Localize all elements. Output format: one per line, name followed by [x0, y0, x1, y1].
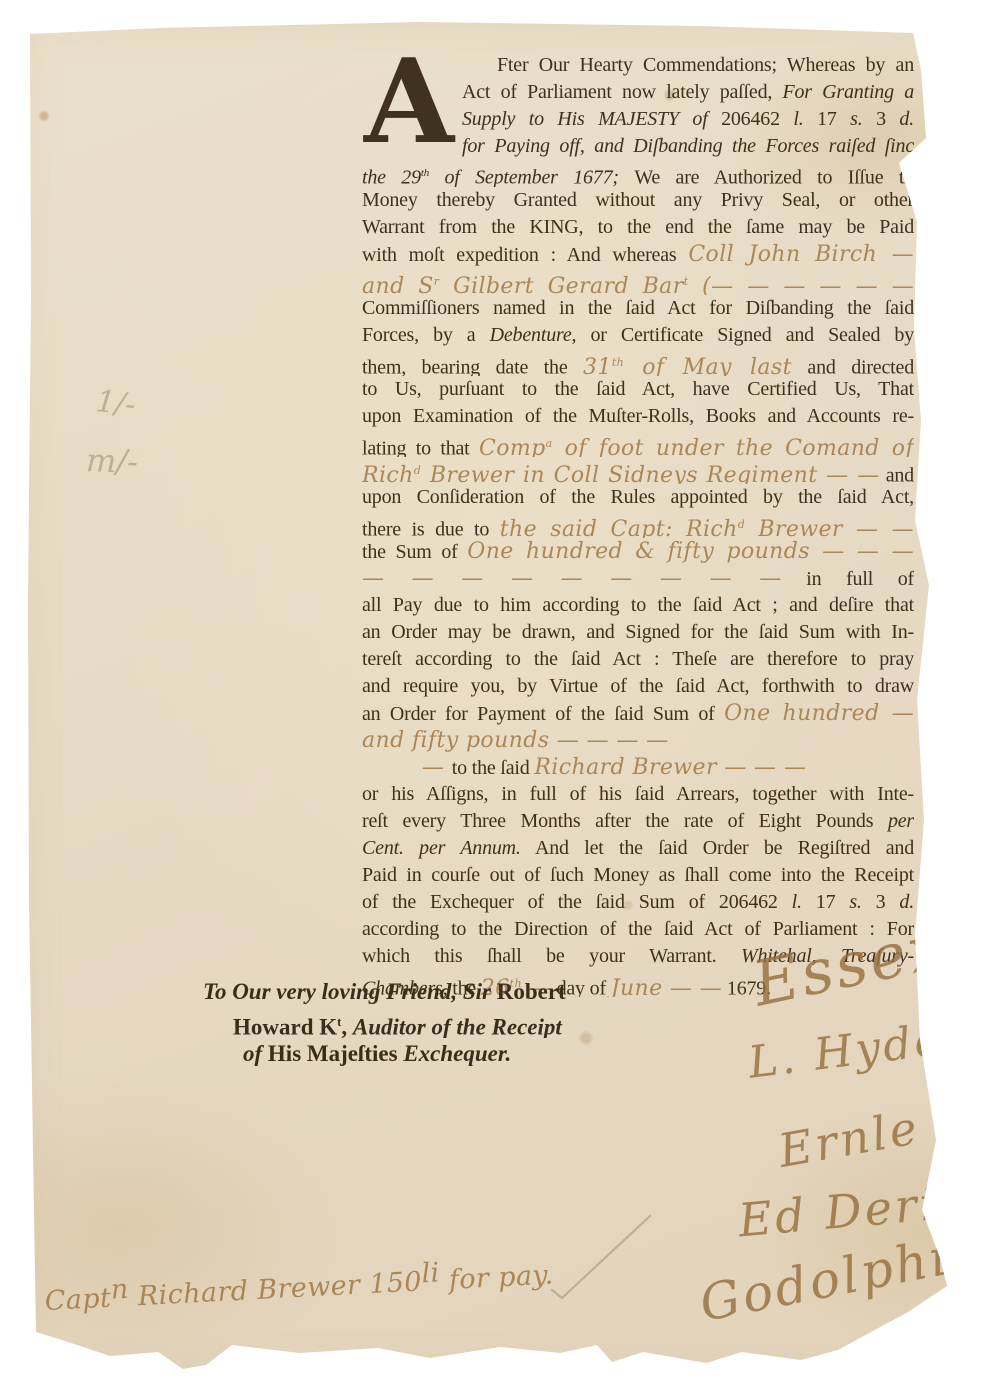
printed-text: with moſt expedition : And whereas — [362, 244, 688, 266]
handwritten-text: Richard Brewer — — — — [534, 755, 806, 780]
text-line: tereſt according to the ſaid Act : Theſe… — [362, 646, 914, 673]
handwritten-text: Rich — [362, 463, 414, 484]
printed-text: to Us, purſuant to the ſaid Act, have Ce… — [362, 378, 914, 400]
printed-text: 3 — [862, 891, 900, 913]
printed-text: in full of — [782, 568, 914, 590]
text-line: them, bearing date the 31th of May last … — [362, 349, 914, 376]
printed-text: the 29 — [362, 167, 421, 187]
printed-text: them, bearing date the — [362, 357, 583, 376]
handwritten-text: Brewer — — — [745, 517, 914, 538]
printed-text: 17 — [817, 108, 850, 130]
printed-text: s. — [850, 108, 876, 130]
pencil-margin-note-1: 1/- — [94, 384, 137, 423]
text-line: an Order may be drawn, and Signed for th… — [362, 619, 914, 646]
printed-text: Cent. per Annum. — [362, 837, 521, 859]
printed-text: and — [880, 465, 914, 484]
text-line: — — — — — — — — — in full of — [362, 565, 914, 592]
text-line: of His Majeſties Exchequer. — [203, 1038, 683, 1069]
printed-text: 17 — [802, 891, 849, 913]
text-line: Cent. per Annum. And let the ſaid Order … — [362, 835, 914, 862]
printed-text: th — [421, 167, 429, 179]
printed-text: To Our very loving Friend, Sir — [203, 979, 497, 1004]
printed-text: the Sum of — [362, 541, 467, 563]
text-line: there is due to the said Capt: Richd Bre… — [362, 511, 914, 538]
text-line: Fter Our Hearty Commendations; Whereas b… — [362, 52, 914, 79]
printed-text: Debenture — [490, 324, 572, 346]
handwritten-text: Richard Brewer 150 — [128, 1266, 423, 1312]
printed-text: of the Exchequer of the ſaid Sum of 2064… — [362, 891, 792, 913]
printed-text: 3 — [876, 108, 899, 130]
printed-text: Supply to His MAJESTY of — [462, 108, 721, 130]
printed-text: Fter Our Hearty Commendations; Whereas b… — [497, 54, 914, 76]
printed-text: Paid in courſe out of ſuch Money as ſhal… — [362, 864, 914, 886]
printed-text: l. — [793, 108, 817, 130]
printed-text: lating to that — [362, 438, 479, 457]
printed-text: upon Examination of the Muſter-Rolls, Bo… — [362, 405, 914, 427]
text-line: all Pay due to him according to the ſaid… — [362, 592, 914, 619]
text-line: Howard Kt, Auditor of the Receipt — [203, 1007, 683, 1038]
handwritten-text: of May last — [624, 355, 792, 376]
handwritten-text: — — — — — — — — — — [362, 566, 782, 591]
printed-text: Commiſſioners named in the ſaid Act for … — [362, 297, 914, 319]
printed-text: , or Certificate Signed and Sealed by — [572, 324, 914, 346]
text-line: and require you, by Virtue of the ſaid A… — [362, 673, 914, 700]
text-line: Richd Brewer in Coll Sidneys Regiment — … — [362, 457, 914, 484]
text-line: To Our very loving Friend, Sir Robert — [203, 976, 683, 1007]
printed-text: reſt every Three Months after the rate o… — [362, 810, 888, 832]
scan-background: A Fter Our Hearty Commendations; Whereas… — [0, 0, 1000, 1395]
printed-text: l. — [792, 891, 802, 913]
handwritten-text: — — [422, 755, 452, 780]
text-line: and Sr Gilbert Gerard Bart (— — — — — — — [362, 268, 914, 295]
printed-text: and directed — [792, 357, 914, 376]
text-line: Captn Richard Brewer 150li for pay. — [43, 1244, 585, 1316]
handwritten-text: a — [546, 437, 553, 450]
text-line: upon Examination of the Muſter-Rolls, Bo… — [362, 403, 914, 430]
handwritten-text: Brewer in Coll Sidneys Regiment — — — [421, 463, 879, 484]
text-line: Forces, by a Debenture, or Certificate S… — [362, 322, 914, 349]
printed-text: Act of Parliament now lately paſſed, — [462, 81, 782, 103]
handwritten-text: Comp — [479, 436, 546, 457]
text-line: with moſt expedition : And whereas Coll … — [362, 241, 914, 268]
printed-text: an Order may be drawn, and Signed for th… — [362, 621, 914, 643]
printed-text: an Order for Payment of the ſaid Sum of — [362, 703, 724, 725]
printed-text: His Majeſties — [268, 1041, 403, 1066]
printed-text: per — [888, 810, 914, 832]
text-line: and fifty pounds — — — — — [362, 727, 914, 754]
printed-text: , — [341, 1015, 353, 1038]
pencil-check-mark — [548, 1210, 658, 1310]
handwritten-text: th — [612, 356, 624, 369]
printed-text: tereſt according to the ſaid Act : Theſe… — [362, 648, 914, 670]
printed-text: Howard K — [233, 1015, 337, 1038]
printed-text: upon Conſideration of the Rules appointe… — [362, 486, 914, 508]
handwritten-text: Coll John Birch — — [688, 242, 914, 267]
printed-text: there is due to — [362, 519, 500, 538]
text-line: for Paying off, and Diſbanding the Force… — [362, 133, 914, 160]
handwritten-text: for pay. — [439, 1259, 554, 1296]
handwritten-text: and S — [362, 274, 434, 295]
printed-text: And let the ſaid Order be Regiſtred and — [521, 837, 914, 859]
printed-text: We are Authorized to Iſſue th — [634, 167, 914, 187]
printed-text: Warrant from the KING, to the end the ſa… — [362, 216, 914, 238]
printed-text: Money thereby Granted without any Privy … — [362, 189, 914, 211]
printed-text: 206462 — [721, 108, 793, 130]
text-line: the Sum of One hundred & fifty pounds — … — [362, 538, 914, 565]
handwritten-text: One hundred & fifty pounds — — — — [467, 539, 914, 564]
printed-text: all Pay due to him according to the ſaid… — [362, 594, 914, 616]
handwritten-text: Capt — [44, 1282, 112, 1316]
printed-text: to the ſaid — [452, 757, 535, 779]
printed-text: For Granting a — [782, 81, 914, 103]
text-line: Commiſſioners named in the ſaid Act for … — [362, 295, 914, 322]
handwritten-text: and fifty pounds — — — — — [362, 728, 669, 753]
printed-text: Exchequer. — [403, 1041, 511, 1066]
text-line: of the Exchequer of the ſaid Sum of 2064… — [362, 889, 914, 916]
text-line: reſt every Three Months after the rate o… — [362, 808, 914, 835]
printed-text: for Paying off, and Diſbanding the Force… — [462, 135, 914, 157]
printed-text: and require you, by Virtue of the ſaid A… — [362, 675, 914, 697]
handwritten-text: (— — — — — — — [688, 274, 914, 295]
handwritten-text: the said Capt: Rich — [500, 517, 738, 538]
signature-ernle: Ernle — [774, 1100, 923, 1178]
printed-text: of — [243, 1041, 268, 1066]
docket-note: Captn Richard Brewer 150li for pay. — [43, 1244, 585, 1316]
text-line: or his Aſſigns, in full of his ſaid Arre… — [362, 781, 914, 808]
printed-text: which this ſhall be your Warrant. — [362, 945, 741, 967]
text-line: the 29th of September 1677; We are Autho… — [362, 160, 914, 187]
text-line: upon Conſideration of the Rules appointe… — [362, 484, 914, 511]
signature-l-hyde: L. Hyde — [746, 1014, 946, 1088]
printed-text: s. — [849, 891, 861, 913]
text-line: Warrant from the KING, to the end the ſa… — [362, 214, 914, 241]
printed-text: d. — [899, 108, 914, 130]
document-paper: A Fter Our Hearty Commendations; Whereas… — [0, 0, 1000, 1395]
text-line: Paid in courſe out of ſuch Money as ſhal… — [362, 862, 914, 889]
pencil-margin-note-2: m/- — [85, 441, 138, 481]
signature-ed-dering: Ed Dering — [736, 1171, 1000, 1248]
printed-text: d. — [899, 891, 914, 913]
handwritten-text: 31 — [583, 355, 612, 376]
handwritten-text: n — [110, 1274, 129, 1306]
address-block: To Our very loving Friend, Sir RobertHow… — [203, 976, 683, 1069]
printed-text: Robert — [497, 979, 566, 1004]
text-line: — to the ſaid Richard Brewer — — — — [362, 754, 914, 781]
text-line: lating to that Compa of foot under the C… — [362, 430, 914, 457]
text-line: Act of Parliament now lately paſſed, For… — [362, 79, 914, 106]
handwritten-text: li — [421, 1257, 441, 1289]
text-line: Supply to His MAJESTY of 206462 l. 17 s.… — [362, 106, 914, 133]
handwritten-text: One hundred — — [724, 701, 914, 726]
text-line: an Order for Payment of the ſaid Sum of … — [362, 700, 914, 727]
text-line: to Us, purſuant to the ſaid Act, have Ce… — [362, 376, 914, 403]
printed-text: Forces, by a — [362, 324, 490, 346]
printed-text: of September 1677; — [429, 167, 634, 187]
handwritten-text: Gilbert Gerard Bar — [439, 274, 683, 295]
document-body: Fter Our Hearty Commendations; Whereas b… — [362, 52, 914, 997]
printed-text: Auditor of the Receipt — [353, 1015, 562, 1038]
text-line: Money thereby Granted without any Privy … — [362, 187, 914, 214]
printed-text: or his Aſſigns, in full of his ſaid Arre… — [362, 783, 914, 805]
